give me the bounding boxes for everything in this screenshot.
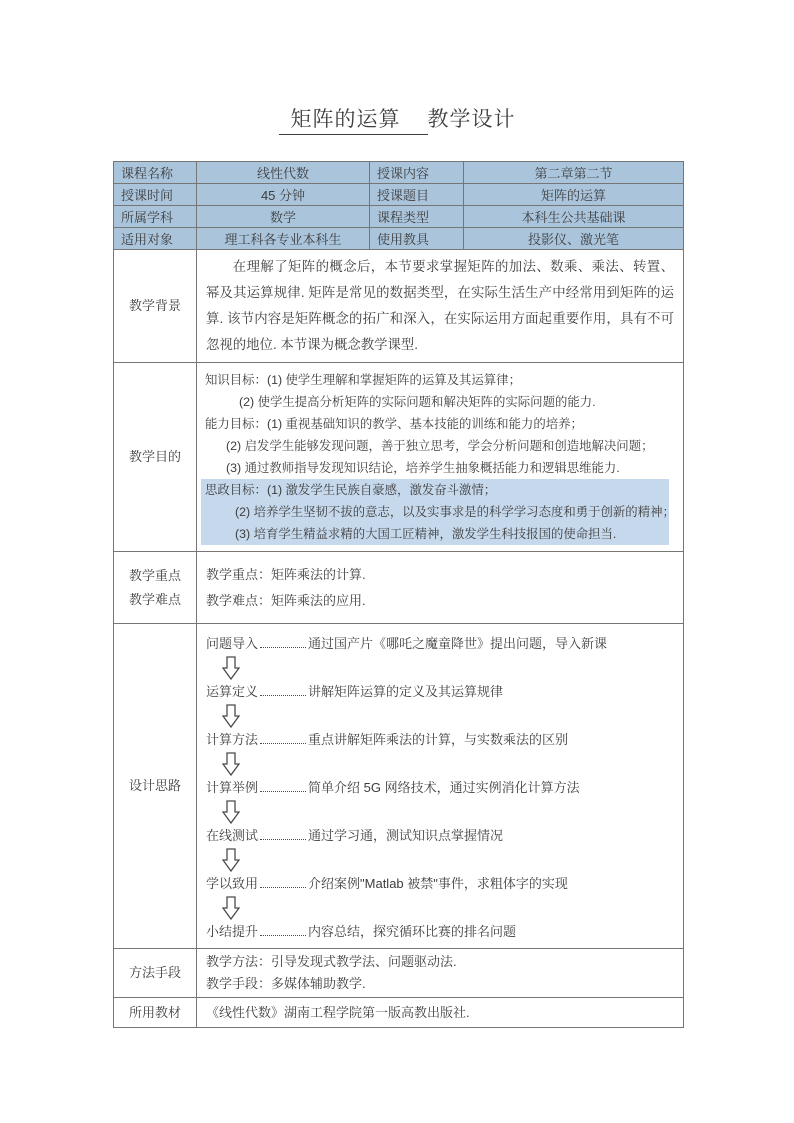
methods-row: 方法手段 教学方法：引导发现式教学法、问题驱动法. 教学手段：多媒体辅助教学.	[114, 949, 684, 998]
background-text: 在理解了矩阵的概念后，本节要求掌握矩阵的加法、数乘、乘法、转置、幂及其运算规律.…	[206, 254, 674, 358]
down-arrow-icon	[222, 848, 674, 872]
teaching-content-label: 授课内容	[370, 162, 464, 184]
dotted-leader	[260, 924, 306, 936]
flow-stage-5: 在线测试通过学习通，测试知识点掌握情况	[206, 826, 674, 846]
textbook-label: 所用教材	[114, 998, 197, 1028]
course-name-label: 课程名称	[114, 162, 197, 184]
flow-stage-4: 计算举例简单介绍 5G 网络技术，通过实例消化计算方法	[206, 778, 674, 798]
page-title: 矩阵的运算教学设计	[0, 103, 794, 133]
down-arrow-icon	[222, 800, 674, 824]
down-arrow-icon	[222, 896, 674, 920]
flow-stage-6: 学以致用介绍案例"Matlab 被禁"事件，求粗体字的实现	[206, 874, 674, 894]
flow-stage-5-name: 在线测试	[206, 826, 258, 846]
flow-stage-7-name: 小结提升	[206, 922, 258, 942]
down-arrow-icon	[222, 656, 674, 680]
design-flow-cell: 问题导入通过国产片《哪吒之魔童降世》提出问题，导入新课 运算定义讲解矩阵运算的定…	[197, 624, 684, 949]
civic-objectives-highlight: 思政目标：(1) 激发学生民族自豪感，激发奋斗激情； (2) 培养学生坚韧不拔的…	[201, 479, 669, 545]
flow-stage-7-desc: 内容总结，探究循环比赛的排名问题	[308, 924, 516, 939]
page-title-suffix: 教学设计	[428, 108, 516, 131]
objectives-cell: 知识目标：(1) 使学生理解和掌握矩阵的运算及其运算律； (2) 使学生提高分析…	[197, 363, 684, 552]
focus-row: 教学重点 教学难点 教学重点：矩阵乘法的计算. 教学难点：矩阵乘法的应用.	[114, 552, 684, 624]
teaching-aids-label: 使用教具	[370, 228, 464, 250]
info-row-subject: 所属学科 数学 课程类型 本科生公共基础课	[114, 206, 684, 228]
flow-stage-1: 问题导入通过国产片《哪吒之魔童降世》提出问题，导入新课	[206, 634, 674, 654]
knowledge-objective-1: 知识目标：(1) 使学生理解和掌握矩阵的运算及其运算律；	[205, 369, 675, 391]
target-audience-label: 适用对象	[114, 228, 197, 250]
ability-objective-3: (3) 通过教师指导发现知识结论，培养学生抽象概括能力和逻辑思维能力.	[205, 457, 675, 479]
dotted-leader	[260, 876, 306, 888]
ability-objective-1: 能力目标：(1) 重视基础知识的教学、基本技能的训练和能力的培养；	[205, 413, 675, 435]
lesson-topic-value: 矩阵的运算	[464, 184, 684, 206]
dotted-leader	[260, 732, 306, 744]
objectives-label: 教学目的	[114, 363, 197, 552]
down-arrow-icon	[222, 752, 674, 776]
document-page: 矩阵的运算教学设计 课程名称 线性代数 授课内容 第二章第二节 授课时间 45 …	[0, 0, 794, 1123]
flow-stage-4-desc: 简单介绍 5G 网络技术，通过实例消化计算方法	[308, 780, 580, 795]
down-arrow-icon	[222, 704, 674, 728]
course-name-value: 线性代数	[197, 162, 370, 184]
flow-stage-2: 运算定义讲解矩阵运算的定义及其运算规律	[206, 682, 674, 702]
flow-stage-2-desc: 讲解矩阵运算的定义及其运算规律	[308, 684, 503, 699]
teaching-means-line: 教学手段：多媒体辅助教学.	[206, 973, 674, 995]
textbook-cell: 《线性代数》湖南工程学院第一版高教出版社.	[197, 998, 684, 1028]
background-row: 教学背景 在理解了矩阵的概念后，本节要求掌握矩阵的加法、数乘、乘法、转置、幂及其…	[114, 250, 684, 363]
design-label: 设计思路	[114, 624, 197, 949]
dotted-leader	[260, 828, 306, 840]
flow-stage-6-desc: 介绍案例"Matlab 被禁"事件，求粗体字的实现	[308, 876, 568, 891]
teaching-difficult-point: 教学难点：矩阵乘法的应用.	[206, 588, 674, 614]
flow-stage-7: 小结提升内容总结，探究循环比赛的排名问题	[206, 922, 674, 942]
focus-label: 教学重点 教学难点	[114, 552, 197, 624]
textbook-row: 所用教材 《线性代数》湖南工程学院第一版高教出版社.	[114, 998, 684, 1028]
dotted-leader	[260, 684, 306, 696]
teaching-time-label: 授课时间	[114, 184, 197, 206]
civic-objective-2: (2) 培养学生坚韧不拔的意志，以及实事求是的科学学习态度和勇于创新的精神；	[205, 501, 669, 523]
subject-value: 数学	[197, 206, 370, 228]
teaching-key-point: 教学重点：矩阵乘法的计算.	[206, 562, 674, 588]
focus-label-line-2: 教学难点	[114, 588, 196, 612]
flow-stage-3-desc: 重点讲解矩阵乘法的计算，与实数乘法的区别	[308, 732, 568, 747]
lesson-topic-label: 授课题目	[370, 184, 464, 206]
course-type-label: 课程类型	[370, 206, 464, 228]
dotted-leader	[260, 780, 306, 792]
design-row: 设计思路 问题导入通过国产片《哪吒之魔童降世》提出问题，导入新课 运算定义讲解矩…	[114, 624, 684, 949]
info-row-time: 授课时间 45 分钟 授课题目 矩阵的运算	[114, 184, 684, 206]
textbook-text: 《线性代数》湖南工程学院第一版高教出版社.	[206, 1005, 470, 1020]
focus-label-line-1: 教学重点	[114, 564, 196, 588]
info-row-course: 课程名称 线性代数 授课内容 第二章第二节	[114, 162, 684, 184]
civic-objective-3: (3) 培育学生精益求精的大国工匠精神，激发学生科技报国的使命担当.	[205, 523, 669, 545]
flow-stage-4-name: 计算举例	[206, 778, 258, 798]
page-title-underlined-part: 矩阵的运算	[279, 108, 428, 135]
dotted-leader	[260, 636, 306, 648]
objectives-row: 教学目的 知识目标：(1) 使学生理解和掌握矩阵的运算及其运算律； (2) 使学…	[114, 363, 684, 552]
ability-objective-2: (2) 启发学生能够发现问题，善于独立思考，学会分析问题和创造地解决问题；	[205, 435, 675, 457]
background-cell: 在理解了矩阵的概念后，本节要求掌握矩阵的加法、数乘、乘法、转置、幂及其运算规律.…	[197, 250, 684, 363]
teaching-time-value: 45 分钟	[197, 184, 370, 206]
target-audience-value: 理工科各专业本科生	[197, 228, 370, 250]
teaching-design-table: 课程名称 线性代数 授课内容 第二章第二节 授课时间 45 分钟 授课题目 矩阵…	[113, 161, 684, 1028]
methods-label: 方法手段	[114, 949, 197, 998]
teaching-method-line: 教学方法：引导发现式教学法、问题驱动法.	[206, 951, 674, 973]
info-row-audience: 适用对象 理工科各专业本科生 使用教具 投影仪、激光笔	[114, 228, 684, 250]
flow-stage-1-desc: 通过国产片《哪吒之魔童降世》提出问题，导入新课	[308, 636, 607, 651]
civic-objective-1: 思政目标：(1) 激发学生民族自豪感，激发奋斗激情；	[205, 479, 669, 501]
course-type-value: 本科生公共基础课	[464, 206, 684, 228]
flow-stage-1-name: 问题导入	[206, 634, 258, 654]
subject-label: 所属学科	[114, 206, 197, 228]
knowledge-objective-2: (2) 使学生提高分析矩阵的实际问题和解决矩阵的实际问题的能力.	[205, 391, 675, 413]
teaching-content-value: 第二章第二节	[464, 162, 684, 184]
focus-cell: 教学重点：矩阵乘法的计算. 教学难点：矩阵乘法的应用.	[197, 552, 684, 624]
methods-cell: 教学方法：引导发现式教学法、问题驱动法. 教学手段：多媒体辅助教学.	[197, 949, 684, 998]
flow-stage-3: 计算方法重点讲解矩阵乘法的计算，与实数乘法的区别	[206, 730, 674, 750]
flow-stage-5-desc: 通过学习通，测试知识点掌握情况	[308, 828, 503, 843]
flow-stage-3-name: 计算方法	[206, 730, 258, 750]
flow-stage-2-name: 运算定义	[206, 682, 258, 702]
flow-stage-6-name: 学以致用	[206, 874, 258, 894]
background-label: 教学背景	[114, 250, 197, 363]
teaching-aids-value: 投影仪、激光笔	[464, 228, 684, 250]
